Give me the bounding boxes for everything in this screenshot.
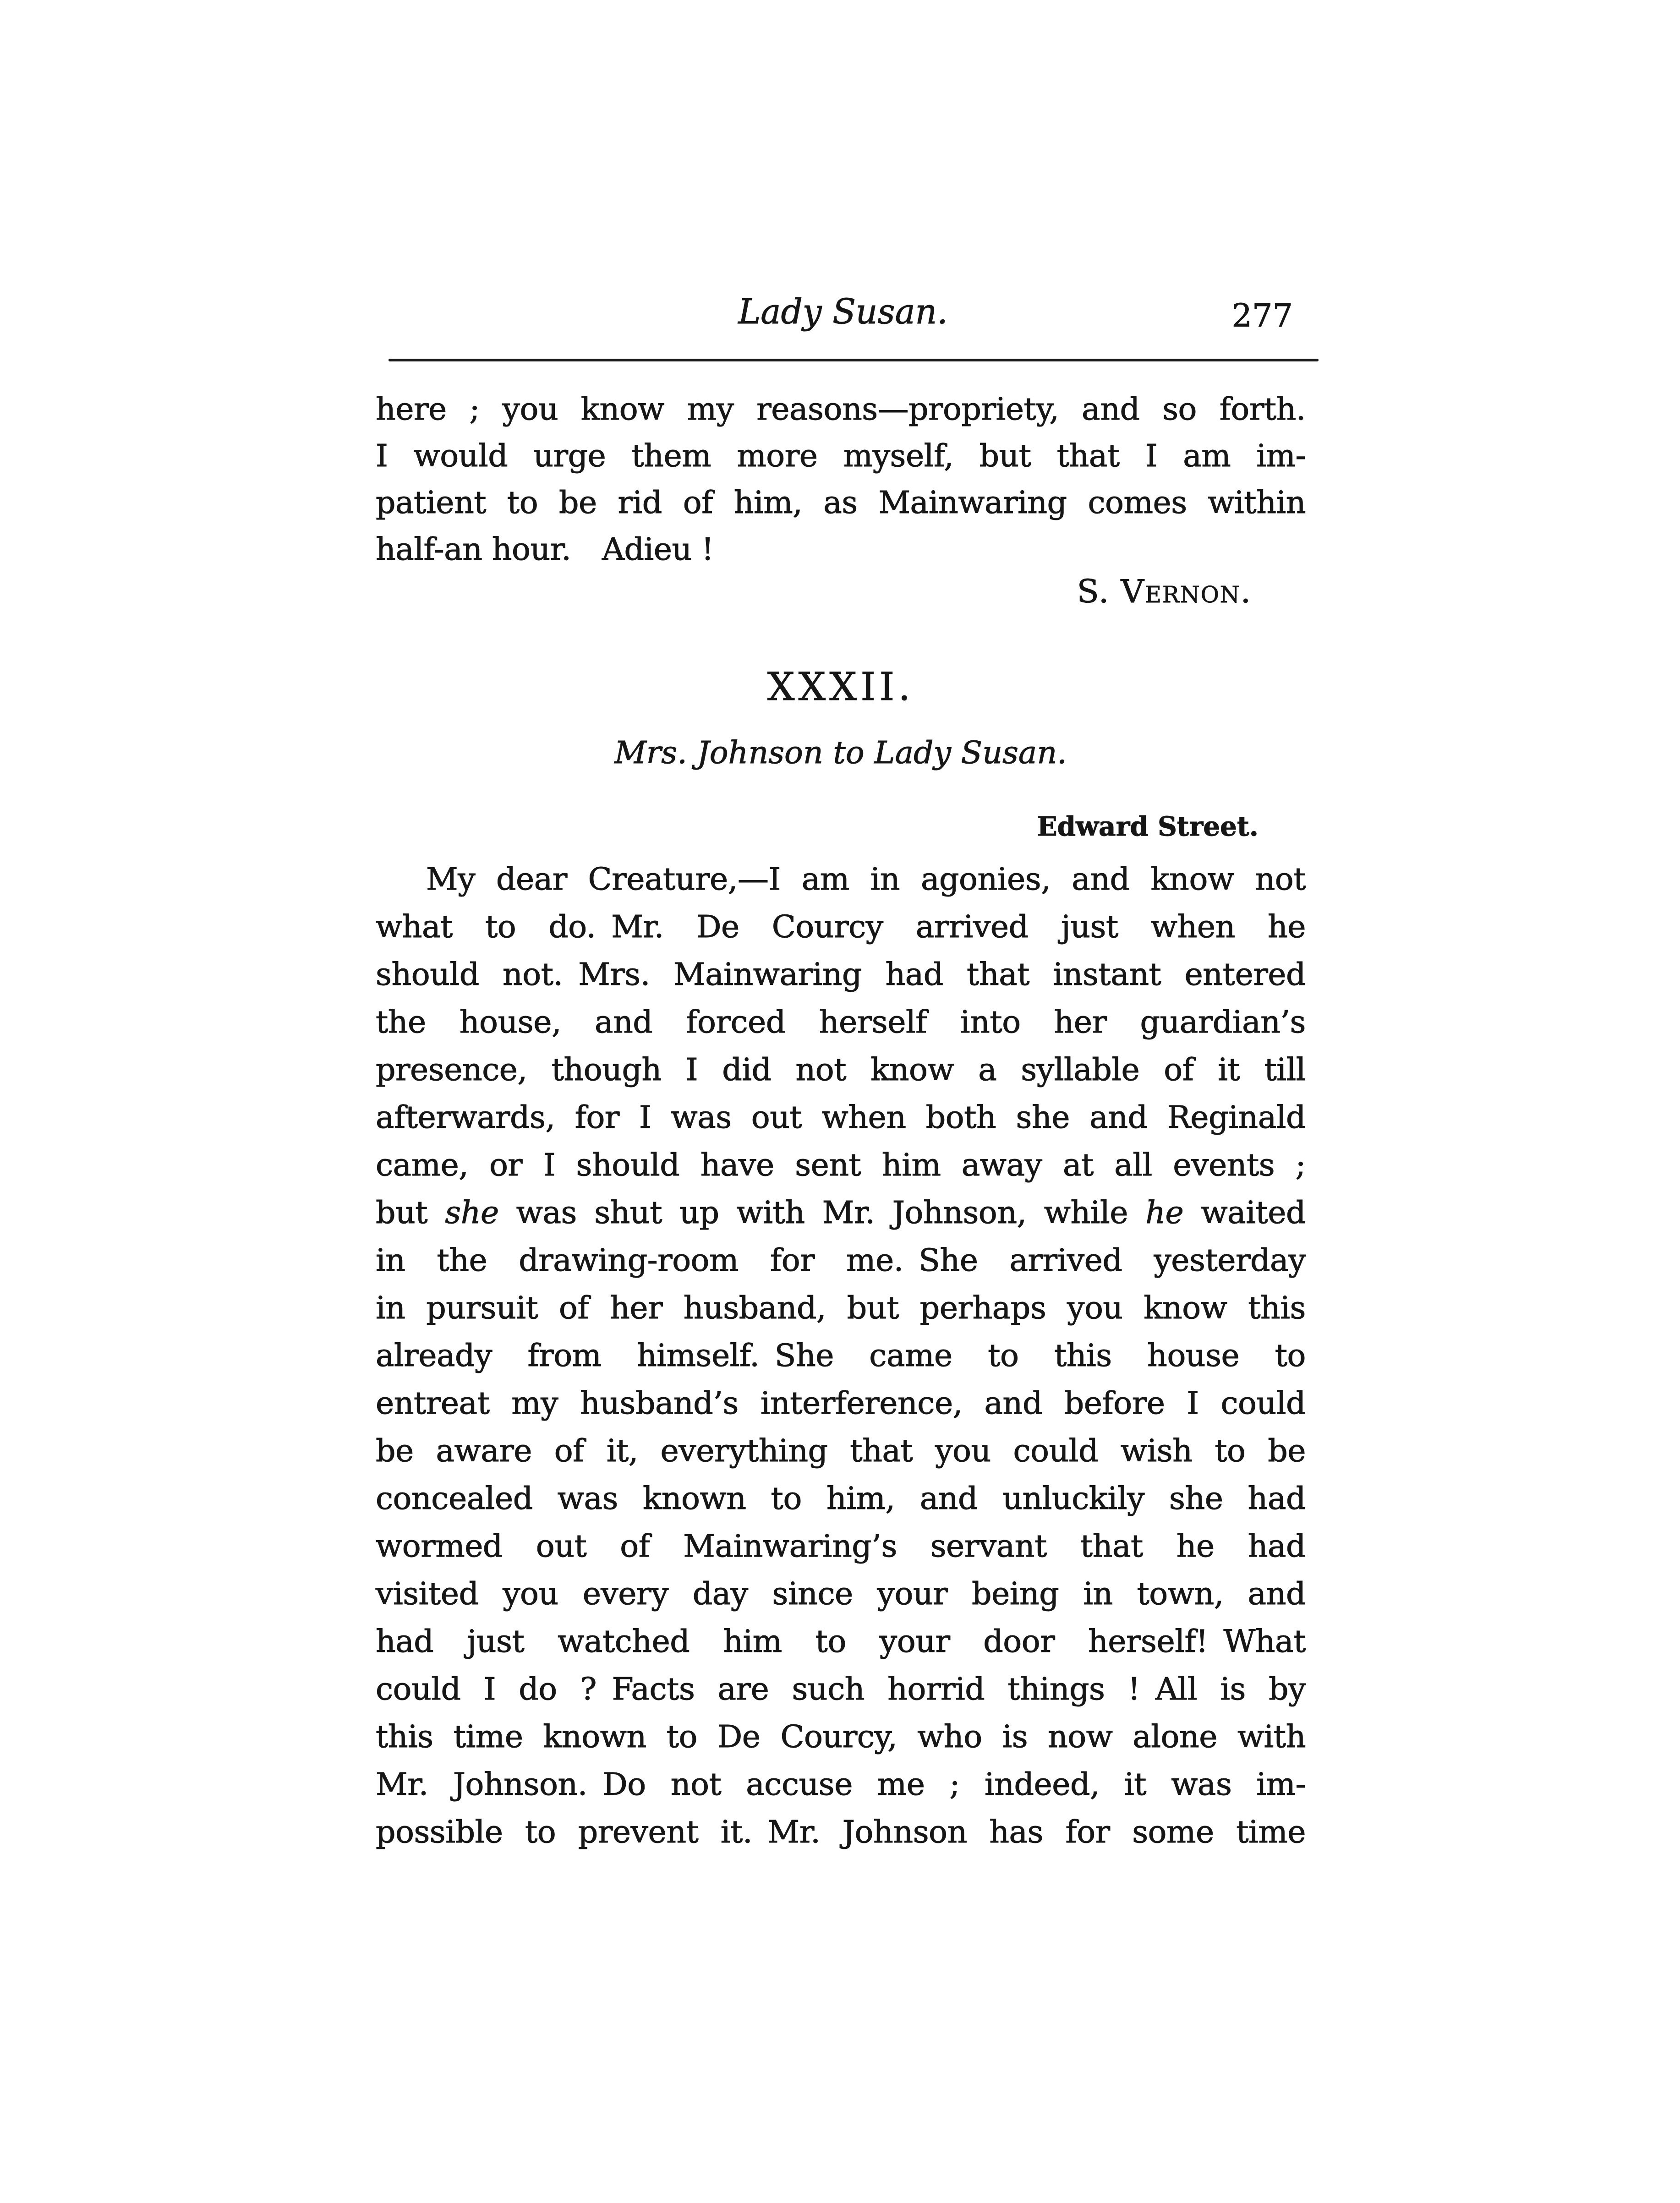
signature: S. Vernon. [376, 573, 1306, 610]
text-line: visited you every day since your being i… [376, 1570, 1306, 1618]
letter-closing-line: half-an hour. Adieu ! [376, 526, 1306, 573]
paragraph-letter-end: here ; you know my reasons—propriety, an… [376, 386, 1306, 573]
text-line: came, or I should have sent him away at … [376, 1142, 1306, 1189]
text-line: entreat my husband’s interference, and b… [376, 1380, 1306, 1427]
text-line: could I do ? Facts are such horrid thing… [376, 1666, 1306, 1713]
text-line: Mr. Johnson. Do not accuse me ; indeed, … [376, 1761, 1306, 1809]
paragraph-letter-body: My dear Creature,—I am in agonies, and k… [376, 856, 1306, 1856]
text-line: presence, though I did not know a syllab… [376, 1046, 1306, 1094]
book-page-scan: Lady Susan. 277 here ; you know my reaso… [0, 0, 1680, 2203]
running-head-title: Lady Susan. [738, 292, 948, 332]
text-line: patient to be rid of him, as Mainwaring … [376, 480, 1306, 526]
text-line: concealed was known to him, and unluckil… [376, 1475, 1306, 1523]
text-line: be aware of it, everything that you coul… [376, 1427, 1306, 1475]
text-segment: waited [1183, 1195, 1306, 1231]
letter-subtitle: Mrs. Johnson to Lady Susan. [376, 735, 1306, 771]
text-line: already from himself. She came to this h… [376, 1332, 1306, 1380]
text-line: in pursuit of her husband, but perhaps y… [376, 1285, 1306, 1332]
text-line: possible to prevent it. Mr. Johnson has … [376, 1809, 1306, 1856]
text-line: the house, and forced herself into her g… [376, 999, 1306, 1046]
text-line: should not. Mrs. Mainwaring had that ins… [376, 951, 1306, 999]
text-segment: was shut up with Mr. Johnson, while [499, 1195, 1146, 1231]
text-line: here ; you know my reasons—propriety, an… [376, 386, 1306, 433]
text-line: in the drawing-room for me. She arrived … [376, 1237, 1306, 1285]
dateline: Edward Street. [376, 811, 1306, 842]
text-line-with-italics: but she was shut up with Mr. Johnson, wh… [376, 1189, 1306, 1237]
letter-number-heading: XXXII. [376, 664, 1306, 709]
text-line: wormed out of Mainwaring’s servant that … [376, 1523, 1306, 1570]
header-rule [389, 359, 1319, 361]
text-segment: but [376, 1195, 445, 1231]
page-number: 277 [1231, 297, 1293, 334]
text-line: this time known to De Courcy, who is now… [376, 1713, 1306, 1761]
text-line: had just watched him to your door hersel… [376, 1618, 1306, 1666]
text-line: I would urge them more myself, but that … [376, 433, 1306, 480]
italic-word: she [445, 1195, 498, 1231]
text-line: My dear Creature,—I am in agonies, and k… [376, 856, 1306, 903]
text-line: afterwards, for I was out when both she … [376, 1094, 1306, 1142]
text-line: what to do. Mr. De Courcy arrived just w… [376, 903, 1306, 951]
italic-word: he [1145, 1195, 1183, 1231]
